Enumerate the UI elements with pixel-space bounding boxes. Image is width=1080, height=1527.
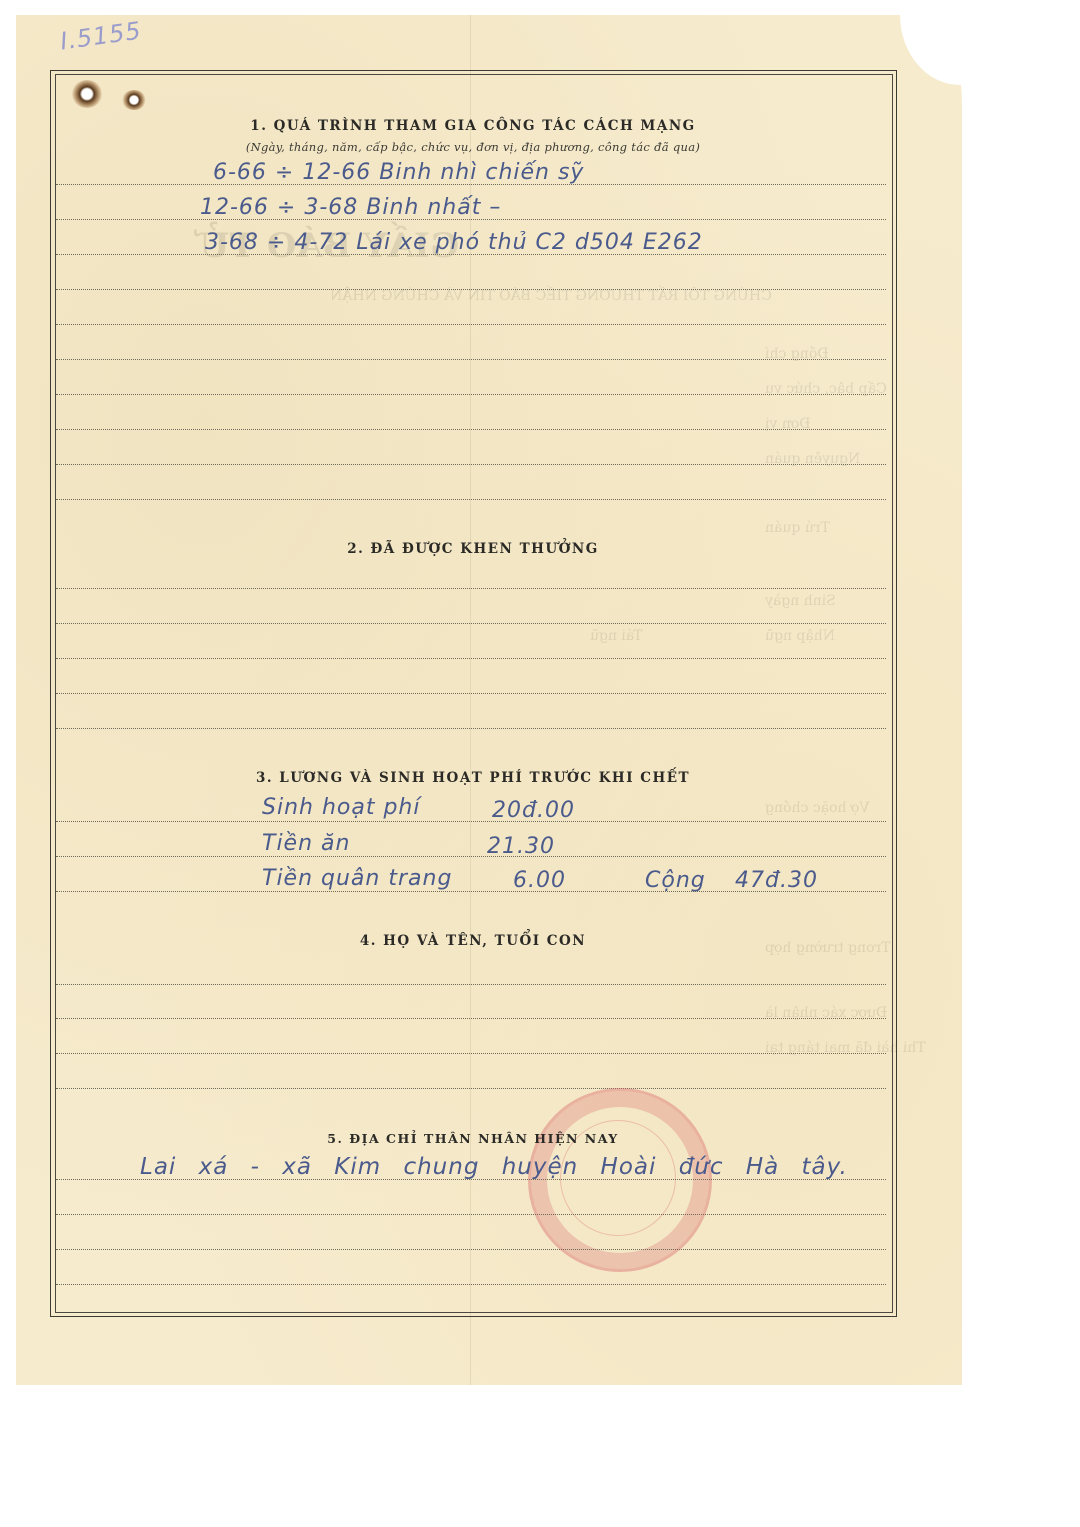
section-1-number: 1.: [250, 118, 267, 134]
write-line: [56, 1088, 886, 1089]
write-line: [56, 821, 886, 822]
write-line: [56, 1284, 886, 1285]
section-4-title: HỌ VÀ TÊN, TUỔI CON: [383, 933, 586, 949]
section-4-number: 4.: [360, 933, 377, 949]
write-line: [56, 1214, 886, 1215]
section-4-heading: 4. HỌ VÀ TÊN, TUỔI CON: [55, 933, 891, 949]
write-line: [56, 856, 886, 857]
write-line: [56, 324, 886, 325]
write-line: [56, 728, 886, 729]
write-line: [56, 891, 886, 892]
write-line: [56, 693, 886, 694]
write-line: [56, 394, 886, 395]
write-line: [56, 359, 886, 360]
family-address: Lai xá - xã Kim chung huyện Hoài đức Hà …: [140, 1154, 848, 1180]
write-line: [56, 984, 886, 985]
section-3-title: LƯƠNG VÀ SINH HOẠT PHÍ TRƯỚC KHI CHẾT: [279, 770, 690, 786]
write-line: [56, 499, 886, 500]
write-line: [56, 219, 886, 220]
write-line: [56, 658, 886, 659]
career-entry: 3-68 ÷ 4-72 Lái xe phó thủ C2 d504 E262: [205, 230, 703, 255]
salary-amount: 6.00: [513, 868, 566, 893]
write-line: [56, 1053, 886, 1054]
section-5-title: ĐỊA CHỈ THÂN NHÂN HIỆN NAY: [349, 1131, 618, 1146]
section-2-heading: 2. ĐÃ ĐƯỢC KHEN THƯỞNG: [55, 541, 891, 557]
salary-total: 47đ.30: [735, 868, 818, 893]
section-1-subtitle: (Ngày, tháng, năm, cấp bậc, chức vụ, đơn…: [55, 140, 891, 154]
write-line: [56, 429, 886, 430]
section-3-heading: 3. LƯƠNG VÀ SINH HOẠT PHÍ TRƯỚC KHI CHẾT: [55, 770, 891, 786]
career-entry: 6-66 ÷ 12-66 Binh nhì chiến sỹ: [213, 160, 584, 185]
write-line: [56, 623, 886, 624]
write-line: [56, 254, 886, 255]
section-3-number: 3.: [256, 770, 273, 786]
section-2-number: 2.: [347, 541, 364, 557]
write-line: [56, 1018, 886, 1019]
write-line: [56, 588, 886, 589]
salary-label: Sinh hoạt phí: [262, 795, 420, 820]
write-line: [56, 289, 886, 290]
salary-total-label: Cộng: [645, 868, 706, 893]
section-5-number: 5.: [327, 1131, 343, 1146]
section-1-title: QUÁ TRÌNH THAM GIA CÔNG TÁC CÁCH MẠNG: [274, 118, 696, 134]
salary-label: Tiền ăn: [262, 831, 350, 856]
write-line: [56, 464, 886, 465]
write-line: [56, 184, 886, 185]
career-entry: 12-66 ÷ 3-68 Binh nhất –: [200, 195, 501, 220]
section-2-title: ĐÃ ĐƯỢC KHEN THƯỞNG: [371, 541, 599, 557]
section-1-heading: 1. QUÁ TRÌNH THAM GIA CÔNG TÁC CÁCH MẠNG: [55, 118, 891, 134]
section-5-heading: 5. ĐỊA CHỈ THÂN NHÂN HIỆN NAY: [55, 1131, 891, 1146]
salary-amount: 20đ.00: [492, 798, 575, 823]
write-line: [56, 1249, 886, 1250]
write-line: [56, 1179, 886, 1180]
salary-label: Tiền quân trang: [262, 866, 452, 891]
